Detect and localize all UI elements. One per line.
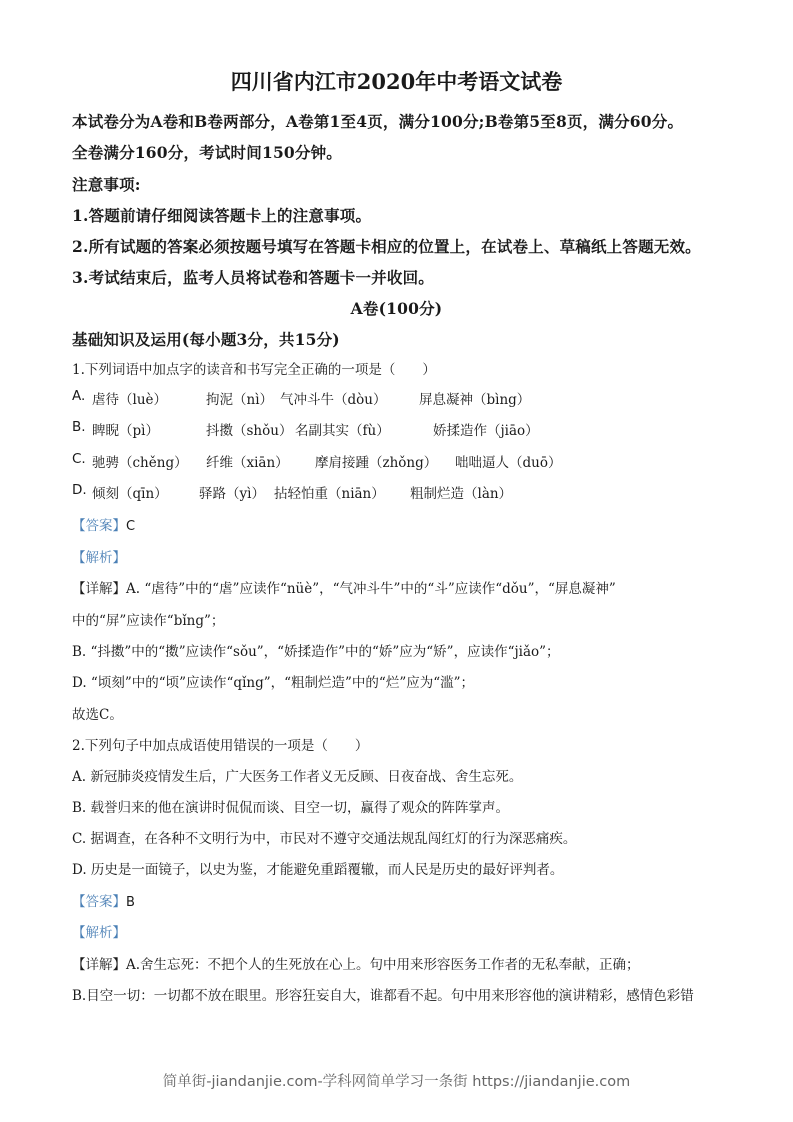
option-label: D.	[72, 482, 87, 498]
option-word: 名副其实（fù）	[295, 419, 390, 439]
page-footer-watermark: 简单街-jiandanjie.com-学科网简单学习一条街 https://ji…	[0, 1070, 793, 1091]
question-1-analysis-tag: 【解析】	[72, 546, 126, 566]
answer-tag: 【答案】	[72, 894, 126, 910]
question-2-stem: 2.下列句子中加点成语使用错误的一项是（ ）	[72, 734, 368, 754]
intro-line-1: 本试卷分为A卷和B卷两部分，A卷第1至4页，满分100分;B卷第5至8页，满分6…	[72, 110, 683, 132]
option-word: 虐待（luè）	[92, 388, 167, 408]
option-word: 睥睨（pì）	[92, 419, 159, 439]
question-1-answer: 【答案】C	[72, 514, 135, 534]
option-word: 咄咄逼人（duō）	[455, 451, 561, 471]
option-word: 拘泥（nì）	[206, 388, 273, 408]
question-2-answer: 【答案】B	[72, 890, 135, 910]
question-2-detail: 【详解】A.舍生忘死：不把个人的生死放在心上。句中用来形容医务工作者的无私奉献，…	[72, 953, 640, 973]
option-word: 驿路（yì）	[199, 482, 265, 502]
option-word: 粗制烂造（làn）	[410, 482, 512, 502]
question-2-analysis-tag: 【解析】	[72, 921, 126, 941]
option-word: 摩肩接踵（zhǒng）	[315, 451, 437, 471]
question-1-detail: 【详解】A. “虐待”中的“虐”应读作“nüè”，“气冲斗牛”中的“斗”应读作“…	[72, 577, 616, 597]
notice-item: 2.所有试题的答案必须按题号填写在答题卡相应的位置上，在试卷上、草稿纸上答题无效…	[72, 235, 701, 257]
question-1-option-a: A. 虐待（luè） 拘泥（nì） 气冲斗牛（dòu） 屏息凝神（bìng）	[72, 388, 732, 408]
question-2-option-c: C. 据调查，在各种不文明行为中，市民对不遵守交通法规乱闯红灯的行为深恶痛疾。	[72, 827, 576, 847]
option-label: B.	[72, 419, 86, 435]
answer-tag: 【答案】	[72, 518, 126, 534]
question-1-detail: 中的“屏”应读作“bǐng”；	[72, 609, 224, 629]
question-2-detail: B.目空一切：一切都不放在眼里。形容狂妄自大，谁都看不起。句中用来形容他的演讲精…	[72, 984, 694, 1004]
option-word: 纤维（xiān）	[206, 451, 289, 471]
question-1-option-b: B. 睥睨（pì） 抖擞（shǒu） 名副其实（fù） 娇揉造作（jiāo）	[72, 419, 732, 439]
page-title: 四川省内江市2020年中考语文试卷	[0, 66, 793, 96]
option-label: C.	[72, 451, 86, 467]
option-word: 抖擞（shǒu）	[206, 419, 292, 439]
question-1-stem: 1.下列词语中加点字的读音和书写完全正确的一项是（ ）	[72, 358, 436, 378]
answer-value: B	[126, 895, 135, 910]
question-1-detail: D. “顷刻”中的“顷”应读作“qǐng”，“粗制烂造”中的“烂”应为“滥”；	[72, 671, 474, 691]
answer-value: C	[126, 519, 135, 534]
option-word: 娇揉造作（jiāo）	[433, 419, 539, 439]
notice-heading: 注意事项:	[72, 173, 141, 195]
question-1-detail: 故选C。	[72, 703, 123, 723]
notice-item: 1.答题前请仔细阅读答题卡上的注意事项。	[72, 204, 371, 226]
option-word: 倾刻（qīn）	[92, 482, 168, 502]
option-word: 气冲斗牛（dòu）	[280, 388, 386, 408]
question-2-option-d: D. 历史是一面镜子，以史为鉴，才能避免重蹈覆辙，而人民是历史的最好评判者。	[72, 858, 563, 878]
option-label: A.	[72, 388, 85, 404]
question-1-detail: B. “抖擞”中的“擞”应读作“sǒu”，“娇揉造作”中的“娇”应为“矫”，应读…	[72, 640, 560, 660]
question-2-option-a: A. 新冠肺炎疫情发生后，广大医务工作者义无反顾、日夜奋战、舍生忘死。	[72, 765, 522, 785]
intro-line-2: 全卷满分160分，考试时间150分钟。	[72, 141, 342, 163]
section-subheading: 基础知识及运用(每小题3分，共15分)	[72, 328, 340, 350]
option-word: 拈轻怕重（niān）	[274, 482, 385, 502]
option-word: 屏息凝神（bìng）	[419, 388, 530, 408]
notice-item: 3.考试结束后，监考人员将试卷和答题卡一并收回。	[72, 266, 434, 288]
question-1-option-d: D. 倾刻（qīn） 驿路（yì） 拈轻怕重（niān） 粗制烂造（làn）	[72, 482, 732, 502]
section-heading: A卷(100分)	[0, 297, 793, 319]
question-1-option-c: C. 驰骋（chěng） 纤维（xiān） 摩肩接踵（zhǒng） 咄咄逼人（d…	[72, 451, 732, 471]
option-word: 驰骋（chěng）	[92, 451, 188, 471]
question-2-option-b: B. 载誉归来的他在演讲时侃侃而谈、目空一切，赢得了观众的阵阵掌声。	[72, 796, 509, 816]
